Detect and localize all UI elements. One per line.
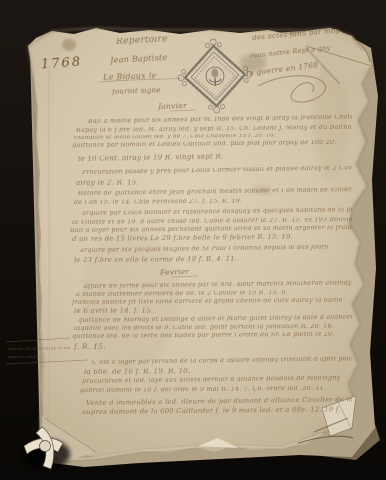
manuscript-artwork — [0, 0, 386, 480]
manuscript-photo: 1768 Repertoiredes actes faits par moyJe… — [0, 0, 386, 480]
